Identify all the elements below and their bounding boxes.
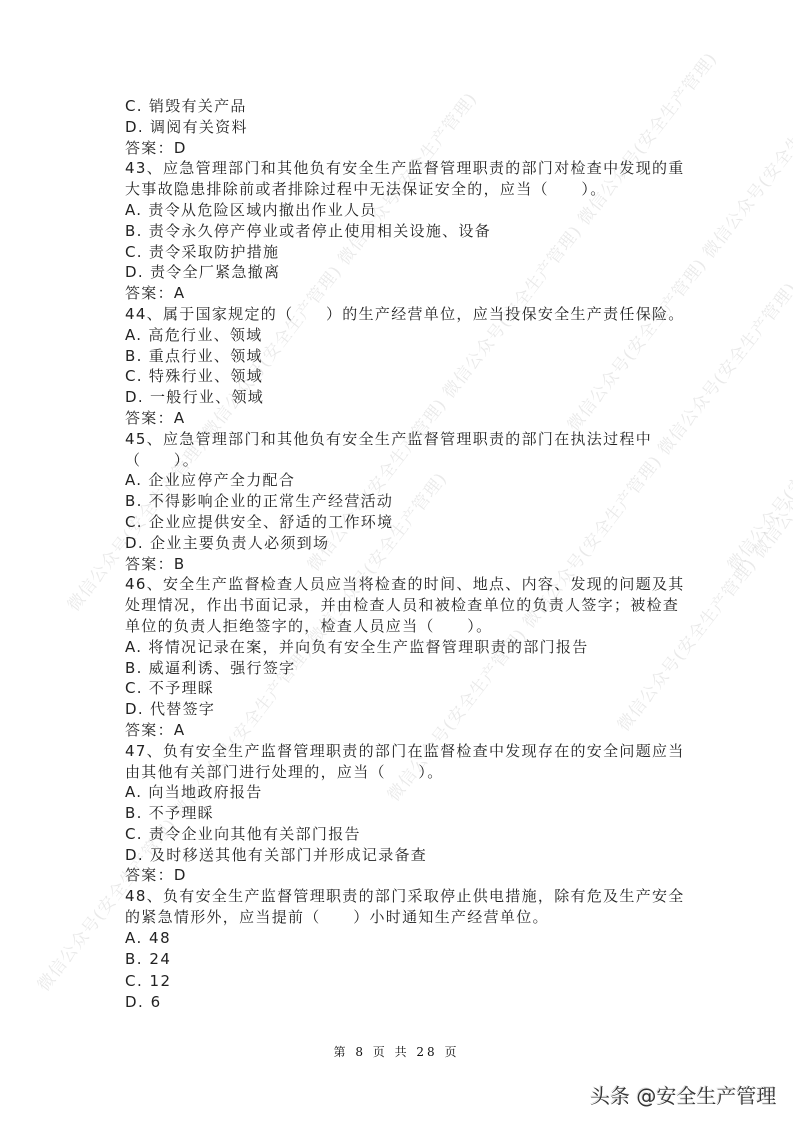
option-line: D. 一般行业、领域 — [125, 387, 685, 408]
answer-line: 答案：A — [125, 283, 685, 304]
option-line: C. 责令采取防护措施 — [125, 242, 685, 263]
question-44: 44、属于国家规定的（ ）的生产经营单位，应当投保安全生产责任保险。 — [125, 304, 685, 325]
answer-line: 答案：A — [125, 720, 685, 741]
question-47-cont: 由其他有关部门进行处理的，应当（ ）。 — [125, 762, 685, 783]
option-line: B. 威逼利诱、强行签字 — [125, 658, 685, 679]
question-48: 48、负有安全生产监督管理职责的部门采取停止供电措施，除有危及生产安全 — [125, 886, 685, 907]
question-43-cont: 大事故隐患排除前或者排除过程中无法保证安全的，应当（ ）。 — [125, 179, 685, 200]
answer-line: 答案：B — [125, 554, 685, 575]
option-line: A. 高危行业、领域 — [125, 325, 685, 346]
option-line: B. 不得影响企业的正常生产经营活动 — [125, 491, 685, 512]
option-line: B. 不予理睬 — [125, 803, 685, 824]
option-line: C. 企业应提供安全、舒适的工作环境 — [125, 512, 685, 533]
option-line: A. 将情况记录在案，并向负有安全生产监督管理职责的部门报告 — [125, 637, 685, 658]
question-46-cont: 单位的负责人拒绝签字的，检查人员应当（ ）。 — [125, 616, 685, 637]
question-46: 46、安全生产监督检查人员应当将检查的时间、地点、内容、发现的问题及其 — [125, 574, 685, 595]
option-line: D. 企业主要负责人必须到场 — [125, 533, 685, 554]
option-line: B. 责令永久停产停业或者停止使用相关设施、设备 — [125, 221, 685, 242]
answer-line: 答案：A — [125, 408, 685, 429]
option-line: C. 12 — [125, 971, 685, 993]
option-line: A. 责令从危险区域内撤出作业人员 — [125, 200, 685, 221]
question-47: 47、负有安全生产监督管理职责的部门在监督检查中发现存在的安全问题应当 — [125, 741, 685, 762]
option-line: A. 企业应停产全力配合 — [125, 470, 685, 491]
question-46-cont: 处理情况，作出书面记录，并由检查人员和被检查单位的负责人签字；被检查 — [125, 595, 685, 616]
option-line: B. 24 — [125, 949, 685, 971]
question-45: 45、应急管理部门和其他负有安全生产监督管理职责的部门在执法过程中 — [125, 429, 685, 450]
option-line: D. 6 — [125, 992, 685, 1014]
answer-line: 答案：D — [125, 138, 685, 159]
option-line: D. 调阅有关资料 — [125, 117, 685, 138]
question-45-cont: （ ）。 — [125, 450, 685, 471]
watermark-text: 微信公众号(安全生产管理) 微信公众号(安全生产管理) 微信公众号(安全生产管理… — [720, 46, 793, 576]
option-line: A. 48 — [125, 928, 685, 950]
option-line: B. 重点行业、领域 — [125, 346, 685, 367]
answer-line: 答案：D — [125, 865, 685, 886]
question-43: 43、应急管理部门和其他负有安全生产监督管理职责的部门对检查中发现的重 — [125, 158, 685, 179]
option-line: C. 责令企业向其他有关部门报告 — [125, 824, 685, 845]
option-line: A. 向当地政府报告 — [125, 782, 685, 803]
question-48-cont: 的紧急情形外，应当提前（ ）小时通知生产经营单位。 — [125, 907, 685, 928]
option-line: C. 不予理睬 — [125, 678, 685, 699]
option-line: D. 责令全厂紧急撤离 — [125, 262, 685, 283]
page-number: 第 8 页 共 28 页 — [0, 1043, 793, 1060]
option-line: D. 及时移送其他有关部门并形成记录备查 — [125, 845, 685, 866]
option-line: C. 特殊行业、领域 — [125, 366, 685, 387]
document-body: C. 销毁有关产品 D. 调阅有关资料 答案：D 43、应急管理部门和其他负有安… — [125, 96, 685, 1014]
source-watermark: 头条 @安全生产管理 — [590, 1080, 776, 1109]
option-line: D. 代替签字 — [125, 699, 685, 720]
document-page: 微信公众号(安全生产管理) 微信公众号(安全生产管理) 微信公众号(安全生产管理… — [0, 0, 793, 1122]
option-line: C. 销毁有关产品 — [125, 96, 685, 117]
